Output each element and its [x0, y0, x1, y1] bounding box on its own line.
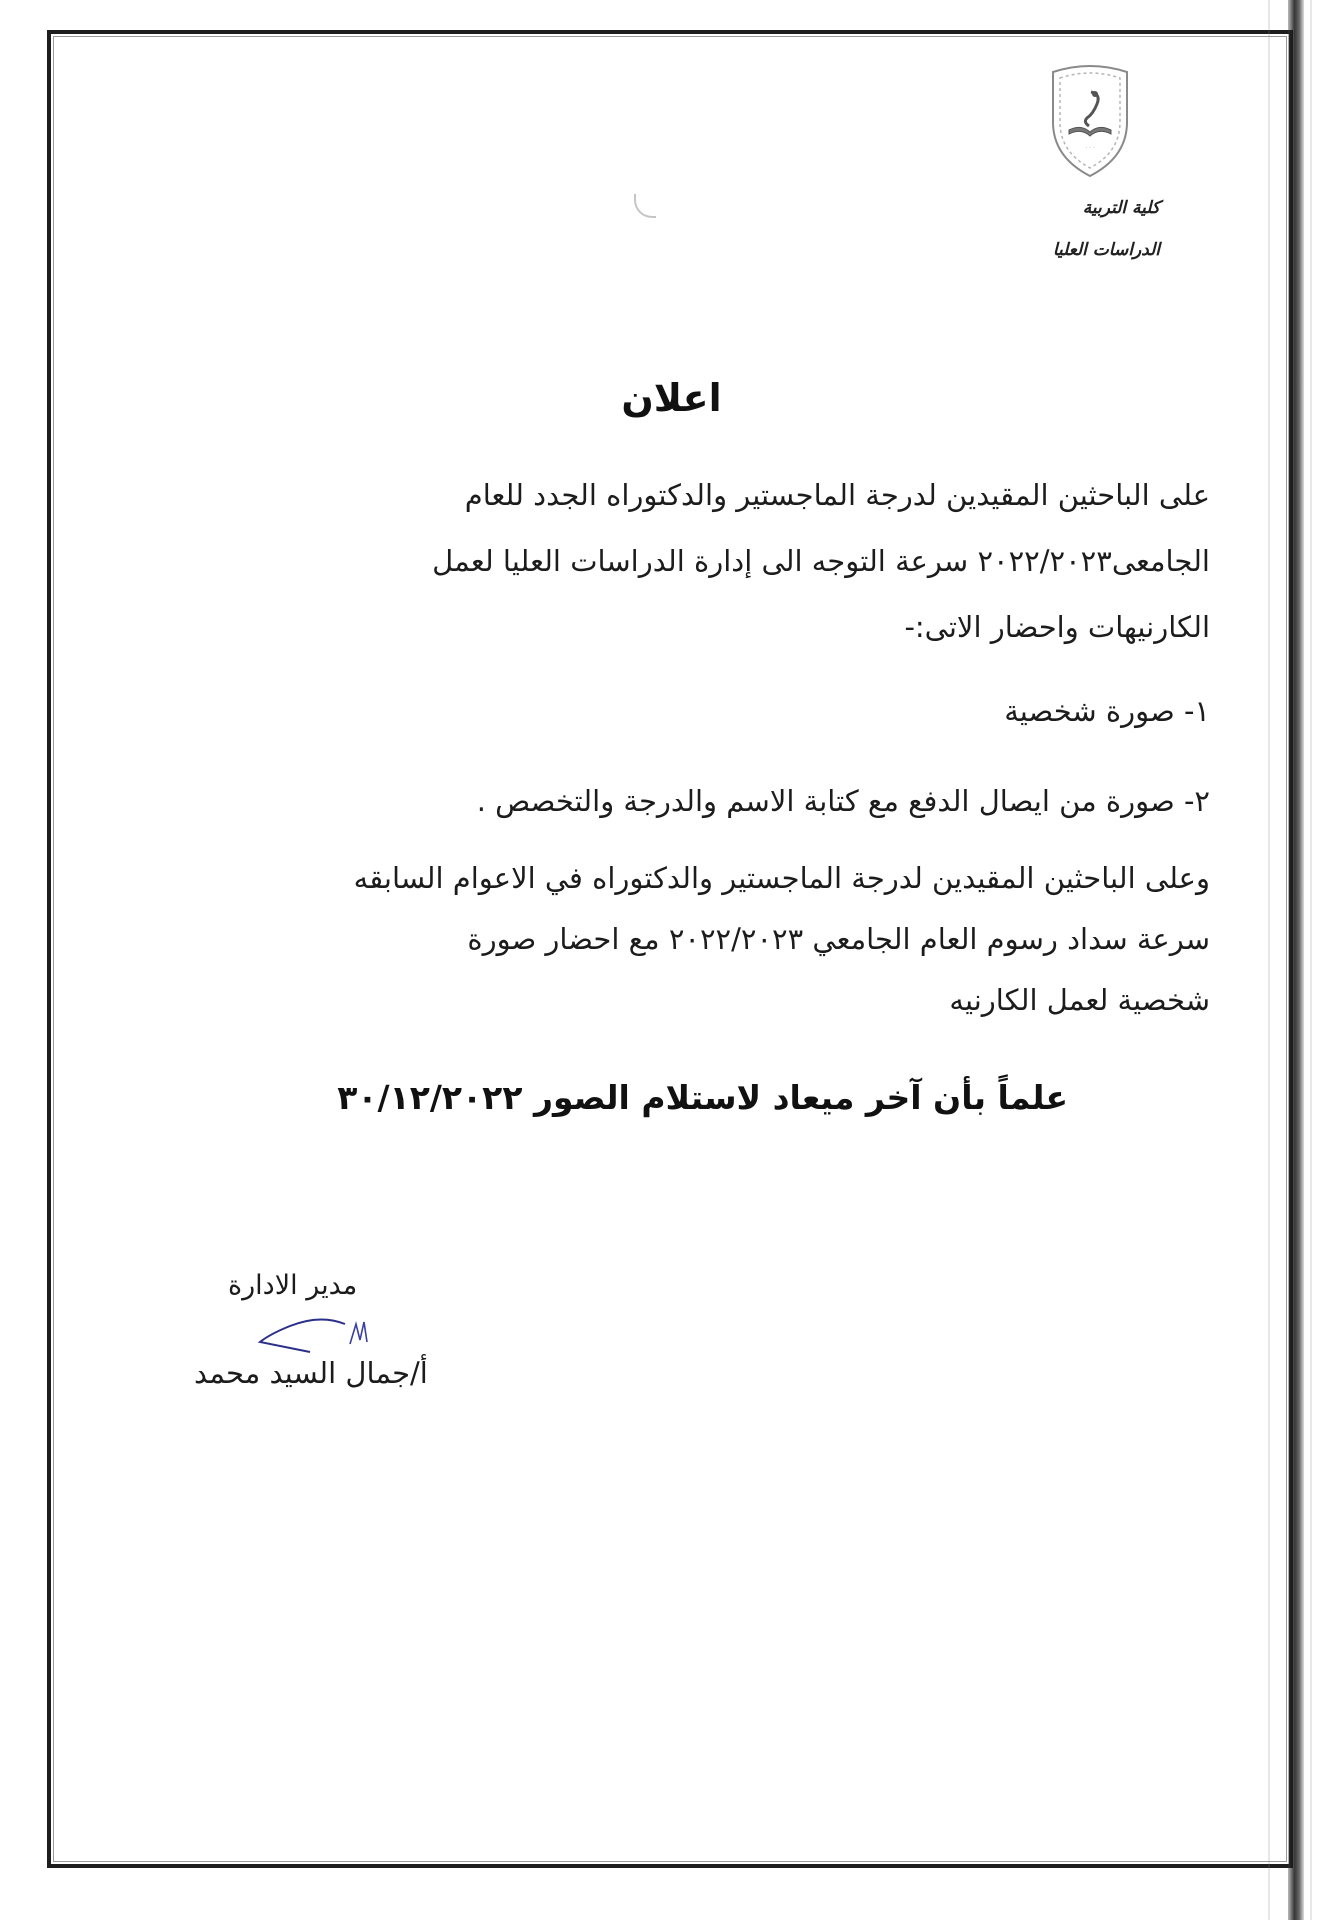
deadline-note: علماً بأن آخر ميعاد لاستلام الصور ٣٠/١٢/…: [337, 1078, 1068, 1117]
scan-edge-shadow: [1288, 0, 1304, 1920]
paragraph-line: على الباحثين المقيدين لدرجة الماجستير وا…: [220, 462, 1210, 528]
scan-artifact-streak: [1268, 0, 1270, 1920]
faculty-name: كلية التربية: [1083, 198, 1160, 218]
handwritten-signature-icon: [250, 1312, 390, 1362]
announcement-paragraph-2: وعلى الباحثين المقيدين لدرجة الماجستير و…: [180, 848, 1210, 1031]
paragraph-line: شخصية لعمل الكارنيه: [180, 970, 1210, 1031]
announcement-title: اعلان: [0, 376, 1343, 420]
paragraph-line: سرعة سداد رسوم العام الجامعي ٢٠٢٢/٢٠٢٣ م…: [180, 909, 1210, 970]
signatory-name: أ/جمال السيد محمد: [194, 1356, 428, 1390]
department-name: الدراسات العليا: [1053, 240, 1160, 260]
announcement-paragraph-1: على الباحثين المقيدين لدرجة الماجستير وا…: [220, 462, 1210, 660]
requirement-item-2: ٢- صورة من ايصال الدفع مع كتابة الاسم وا…: [477, 768, 1210, 834]
requirement-item-1: ١- صورة شخصية: [1004, 678, 1210, 744]
svg-text:· · ·: · · ·: [1085, 145, 1095, 152]
paragraph-line: وعلى الباحثين المقيدين لدرجة الماجستير و…: [180, 848, 1210, 909]
signatory-title: مدير الادارة: [228, 1270, 357, 1301]
scan-artifact-streak: [1310, 0, 1312, 1920]
paragraph-line: الجامعى٢٠٢٢/٢٠٢٣ سرعة التوجه الى إدارة ا…: [220, 528, 1210, 594]
paragraph-line: الكارنيهات واحضار الاتى:-: [220, 594, 1210, 660]
university-crest-icon: · · ·: [1045, 62, 1135, 180]
